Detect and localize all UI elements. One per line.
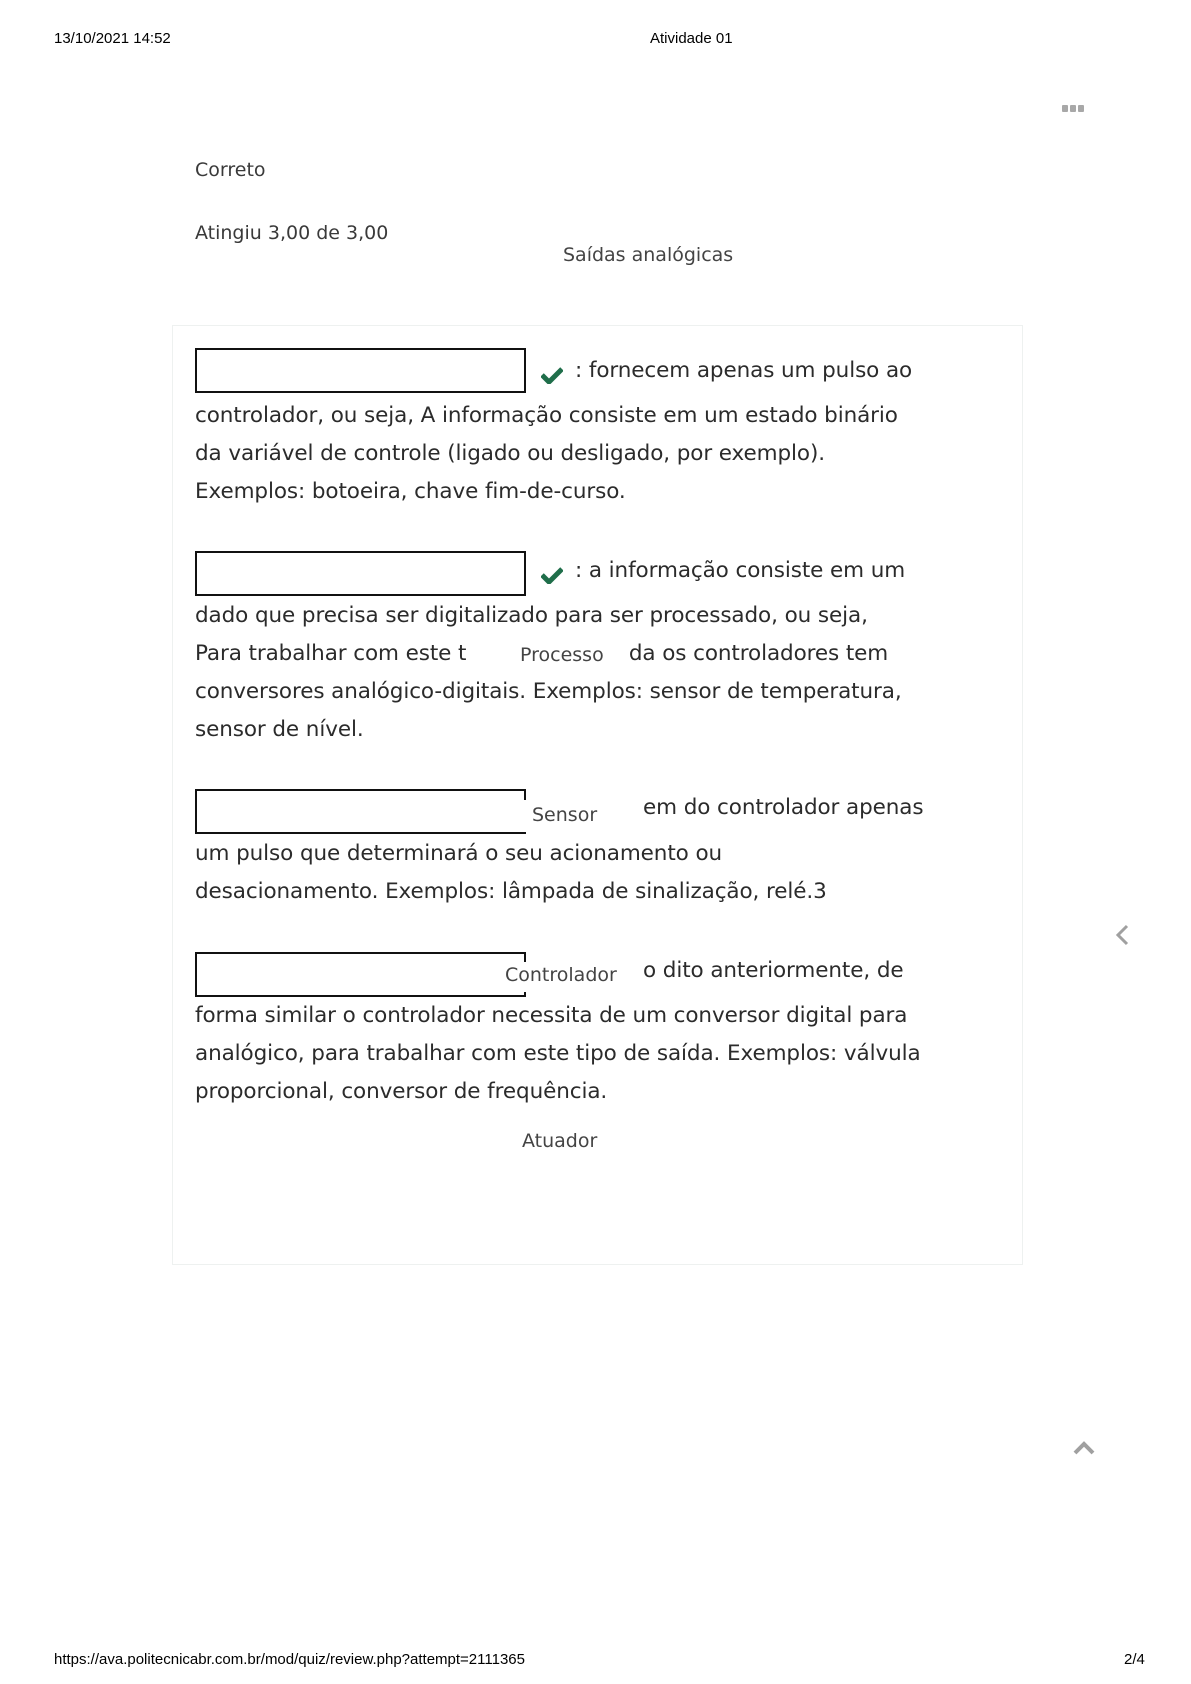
block-2-line-1: : a informação consiste em um bbox=[575, 558, 905, 583]
block-2-line-5: sensor de nível. bbox=[195, 717, 364, 742]
block-4-line-3: analógico, para trabalhar com este tipo … bbox=[195, 1041, 921, 1066]
block-1-line-4: Exemplos: botoeira, chave fim-de-curso. bbox=[195, 479, 626, 504]
drag-item-atuador[interactable]: Atuador bbox=[522, 1130, 597, 1152]
block-2-line-2: dado que precisa ser digitalizado para s… bbox=[195, 603, 868, 628]
drag-item-controlador[interactable]: Controlador bbox=[497, 962, 625, 992]
print-url: https://ava.politecnicabr.com.br/mod/qui… bbox=[54, 1651, 525, 1668]
block-4-line-4: proporcional, conversor de frequência. bbox=[195, 1079, 607, 1104]
question-grade: Atingiu 3,00 de 3,00 bbox=[195, 222, 388, 244]
drop-zone-1[interactable] bbox=[195, 348, 526, 393]
block-4-line-2: forma similar o controlador necessita de… bbox=[195, 1003, 907, 1028]
chevron-left-icon[interactable] bbox=[1114, 923, 1130, 947]
block-1-line-1: : fornecem apenas um pulso ao bbox=[575, 358, 912, 383]
block-3-line-3: desacionamento. Exemplos: lâmpada de sin… bbox=[195, 879, 827, 904]
block-3-line-2: um pulso que determinará o seu acionamen… bbox=[195, 841, 722, 866]
block-3-line-1: em do controlador apenas bbox=[643, 795, 923, 820]
check-icon bbox=[541, 366, 563, 384]
check-icon bbox=[541, 566, 563, 584]
print-page-number: 2/4 bbox=[1124, 1651, 1145, 1668]
block-1-line-2: controlador, ou seja, A informação consi… bbox=[195, 403, 898, 428]
block-2-line-4: conversores analógico-digitais. Exemplos… bbox=[195, 679, 902, 704]
drag-item-saidas-analogicas[interactable]: Saídas analógicas bbox=[563, 244, 733, 266]
drop-zone-3[interactable] bbox=[195, 789, 526, 834]
question-status: Correto bbox=[195, 159, 266, 181]
drag-item-sensor[interactable]: Sensor bbox=[497, 800, 637, 832]
drop-zone-2[interactable] bbox=[195, 551, 526, 596]
block-4-line-1: o dito anteriormente, de bbox=[643, 958, 904, 983]
drop-zone-4[interactable] bbox=[195, 952, 526, 997]
print-datetime: 13/10/2021 14:52 bbox=[54, 30, 171, 47]
block-1-line-3: da variável de controle (ligado ou desli… bbox=[195, 441, 825, 466]
block-2-line-3b: ida os controladores tem bbox=[623, 641, 888, 666]
more-dots-icon[interactable] bbox=[1062, 105, 1084, 112]
print-page-title: Atividade 01 bbox=[650, 30, 733, 47]
block-2-line-3a: Para trabalhar com este t bbox=[195, 641, 466, 666]
drag-item-processo[interactable]: Processo bbox=[494, 642, 628, 670]
chevron-up-icon[interactable] bbox=[1072, 1440, 1096, 1456]
